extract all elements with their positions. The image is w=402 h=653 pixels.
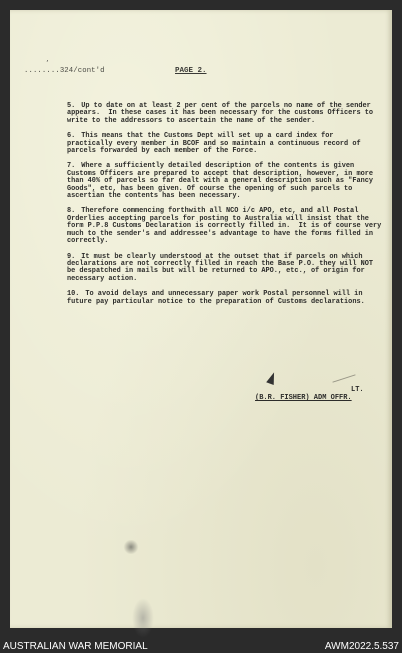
- stain-mark: [132, 598, 154, 638]
- signature-stroke: [332, 374, 355, 382]
- paragraph-9: 9.It must be clearly understood at the o…: [67, 254, 382, 284]
- paragraph-text: Up to date on at least 2 per cent of the…: [67, 102, 377, 125]
- signatory-rank: LT.: [351, 386, 364, 394]
- paragraph-text: Therefore commencing forthwith all NCO i…: [67, 207, 385, 245]
- paragraph-8: 8.Therefore commencing forthwith all NCO…: [67, 208, 382, 245]
- signature-ink-mark: [266, 371, 278, 385]
- reference-number: ........324/cont'd: [24, 67, 105, 75]
- paragraph-text: To avoid delays and unnecessary paper wo…: [67, 290, 367, 305]
- document-body: 5.Up to date on at least 2 per cent of t…: [67, 103, 382, 314]
- signatory-name: (B.R. FISHER) ADM OFFR.: [255, 394, 352, 402]
- ink-mark: ,: [46, 56, 50, 63]
- institution-credit: AUSTRALIAN WAR MEMORIAL: [3, 641, 148, 652]
- paragraph-text: Where a sufficiently detailed descriptio…: [67, 162, 377, 200]
- paragraph-text: It must be clearly understood at the out…: [67, 253, 377, 283]
- paragraph-6: 6.This means that the Customs Dept will …: [67, 133, 382, 155]
- accession-number: AWM2022.5.537: [325, 641, 399, 652]
- page-label: PAGE 2.: [175, 67, 207, 75]
- paragraph-7: 7.Where a sufficiently detailed descript…: [67, 163, 382, 200]
- ink-blot: [123, 540, 139, 554]
- paragraph-10: 10.To avoid delays and unnecessary paper…: [67, 291, 382, 306]
- document-page: , ........324/cont'd PAGE 2. 5.Up to dat…: [10, 10, 392, 628]
- paragraph-5: 5.Up to date on at least 2 per cent of t…: [67, 103, 382, 125]
- paragraph-text: This means that the Customs Dept will se…: [67, 132, 365, 155]
